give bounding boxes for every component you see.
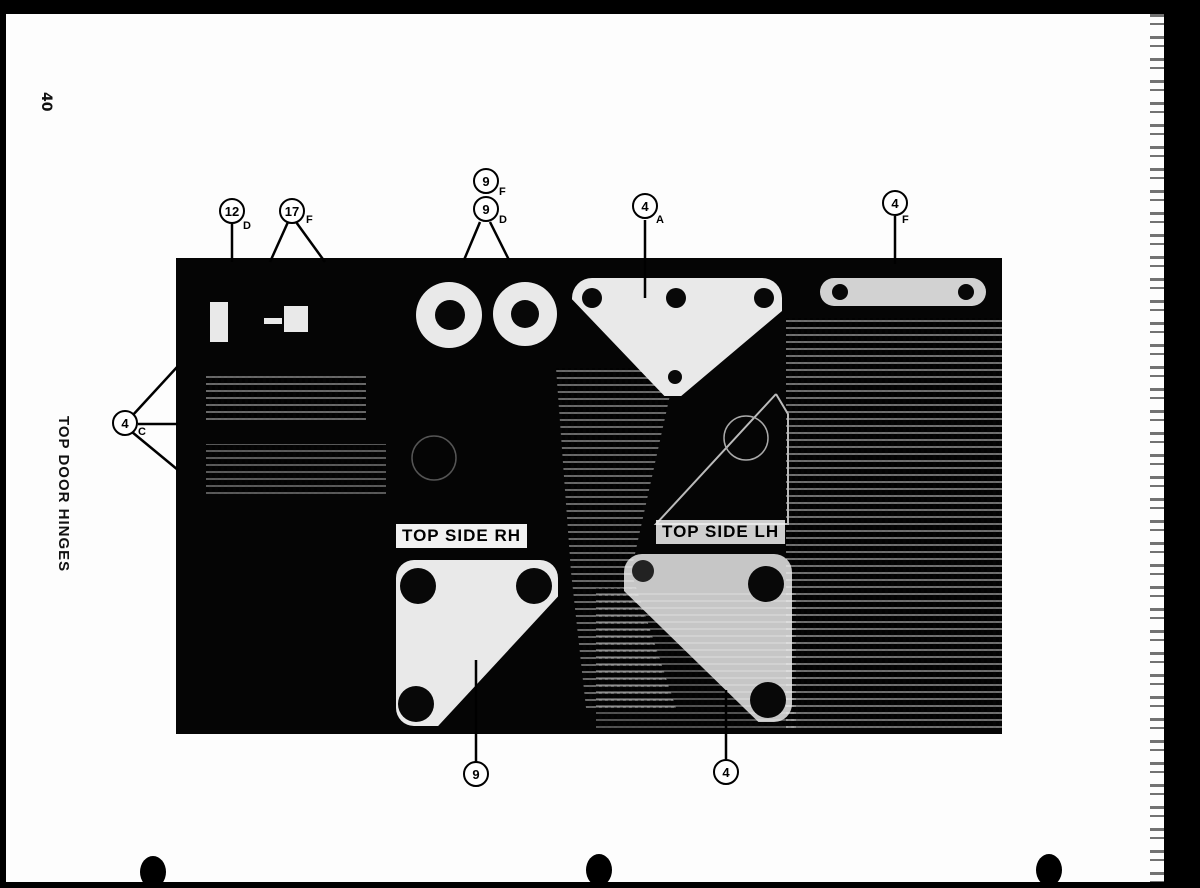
callout-9f-suffix: F [499, 186, 506, 198]
binder-punch-hole [1036, 854, 1062, 886]
callout-4a: 4 [632, 193, 658, 219]
callout-9-bottom: 9 [463, 761, 489, 787]
callout-4-bottom: 4 [713, 759, 739, 785]
callout-4c-suffix: C [138, 426, 146, 438]
callout-4c: 4 [112, 410, 138, 436]
callout-12-suffix: D [243, 220, 251, 232]
callout-9d-suffix: D [499, 214, 507, 226]
callout-4a-suffix: A [656, 214, 664, 226]
binder-punch-hole [140, 856, 166, 888]
callout-4f-suffix: F [902, 214, 909, 226]
callout-9f: 9 [473, 168, 499, 194]
callout-leaders [0, 0, 1200, 888]
callout-4f: 4 [882, 190, 908, 216]
callout-17: 17 [279, 198, 305, 224]
binder-punch-hole [586, 854, 612, 886]
callout-17-suffix: F [306, 214, 313, 226]
callout-9d: 9 [473, 196, 499, 222]
callout-12: 12 [219, 198, 245, 224]
